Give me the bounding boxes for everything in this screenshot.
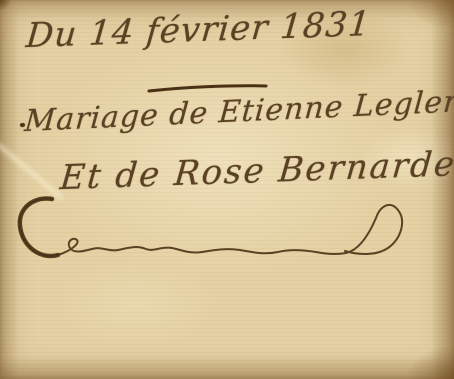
date-line: Du 14 février 1831 xyxy=(24,4,372,56)
bride-line: Et de Rose Bernarde xyxy=(58,144,454,198)
flourish-heavy-stroke xyxy=(20,199,58,256)
manuscript-page: Du 14 février 1831 Mariage de Etienne Le… xyxy=(0,0,454,379)
underline-icon xyxy=(146,82,270,94)
flourish-stroke xyxy=(20,199,402,256)
underline-stroke xyxy=(149,86,266,91)
flourish-icon xyxy=(14,198,414,264)
paper-crease xyxy=(0,141,64,200)
